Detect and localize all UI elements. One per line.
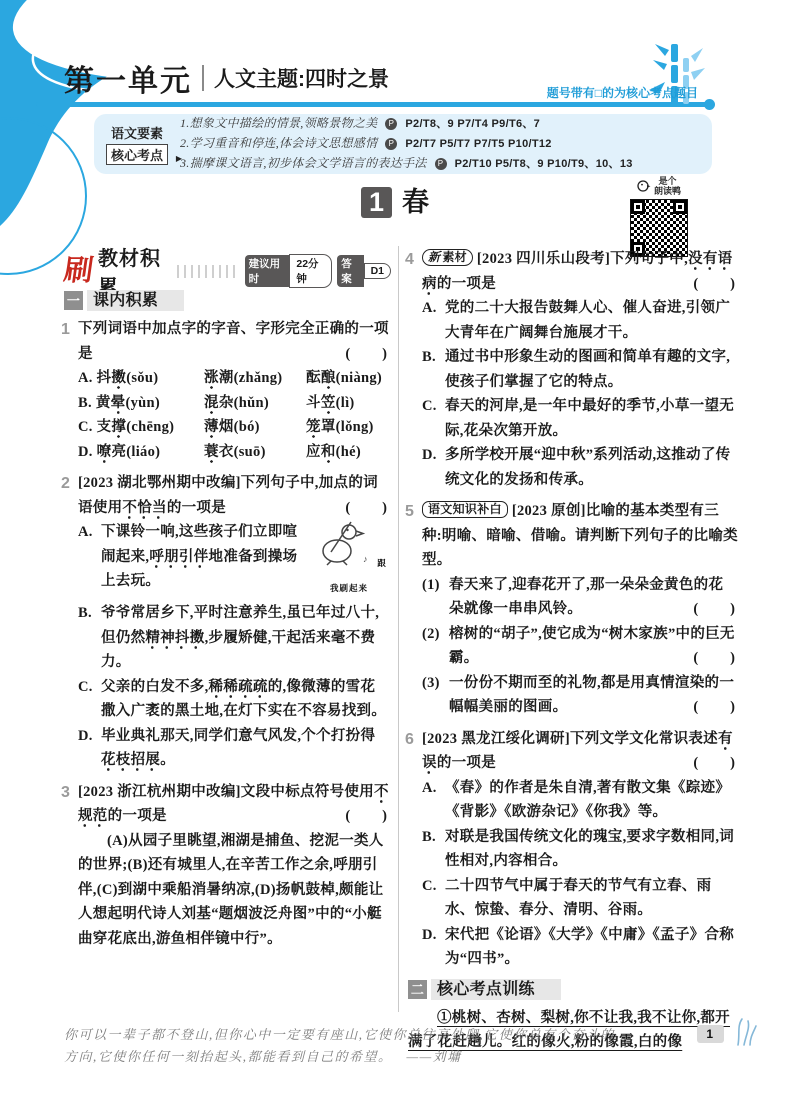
mascot-figure: ♪ 跟我刷起来 [308, 520, 390, 599]
option-label: C. [422, 394, 445, 443]
option-label: D. [422, 923, 445, 972]
answer-value: D1 [364, 263, 391, 279]
sub-item-sentence: 春天来了,迎春花开了,那一朵朵金黄色的花朵就像一串串风铃。 [449, 577, 723, 618]
question-number: 1 [61, 318, 70, 343]
option-label: B. [422, 345, 445, 394]
left-column: 一 课内积累 1 下列词语中加点字的字音、字形完全正确的一项是( ) A. 抖擞… [78, 288, 390, 958]
section-number: 二 [408, 980, 427, 999]
sub-item-text: 榕树的“胡子”,使它成为“树木家族”中的巨无霸。( ) [449, 622, 738, 671]
option-a: A. 《春》的作者是朱自清,著有散文集《踪迹》《背影》《欧游杂记》《你我》等。 [422, 776, 738, 825]
question-5: 5 语文知识补白[2023 原创]比喻的基本类型有三种:明喻、暗喻、借喻。请判断… [422, 499, 738, 720]
answer-bracket: ( ) [345, 804, 388, 829]
qr-caption-line1: 是个 [658, 176, 676, 186]
sub-item-3: (3) 一份份不期而至的礼物,都是用真情渲染的一幅幅美丽的图画。( ) [422, 671, 738, 720]
qr-caption-line2: 朗读鸭 [654, 186, 681, 196]
question-number: 4 [405, 248, 414, 273]
suggested-time-value: 22分钟 [289, 254, 332, 288]
qr-caption-text: 是个 朗读鸭 [654, 176, 681, 196]
page-ref-icon: P [435, 158, 447, 170]
quote-attribution: ——刘墉 [407, 1049, 462, 1064]
option-label: A. [422, 776, 445, 825]
new-material-badge: 新素材 [422, 249, 473, 266]
option-text: 《春》的作者是朱自清,著有散文集《踪迹》《背影》《欧游杂记》《你我》等。 [445, 776, 738, 825]
essentials-label-line2: 核心考点 [106, 144, 168, 165]
answer-bracket: ( ) [693, 597, 736, 622]
header-divider [202, 65, 204, 91]
option-text: 父亲的白发不多,稀稀疏疏的,像微薄的雪花撒入广袤的黑土地,在灯下实在不容易找到。 [101, 675, 390, 724]
qr-caption: 是个 朗读鸭 [615, 176, 703, 196]
section-title: 课内积累 [87, 290, 184, 311]
sub-item-sentence: 一份份不期而至的礼物,都是用真情渲染的一幅幅美丽的图画。 [449, 675, 734, 716]
stem-text: 下列词语中加点字的字音、字形完全正确的一项是 [78, 321, 389, 362]
essentials-item: 1.想象文中描绘的情景,领略景物之美PP2/T8、9 P7/T4 P9/T6、7 [180, 114, 712, 134]
option-cell: 斗笠(lì) [306, 391, 390, 416]
sub-item-sentence: 榕树的“胡子”,使它成为“树木家族”中的巨无霸。 [449, 626, 735, 667]
option-b: B. 爷爷常居乡下,平时注意养生,虽已年过八十,但仍然精神抖擞,步履矫健,干起活… [78, 601, 390, 675]
essentials-item: 2.学习重音和停连,体会诗文思想感情PP2/T7 P5/T7 P7/T5 P10… [180, 134, 712, 154]
qr-block: 是个 朗读鸭 [615, 176, 703, 257]
option-cell: 混杂(hǔn) [204, 391, 306, 416]
option-label: A. [422, 296, 445, 345]
answer-bracket: ( ) [693, 751, 736, 776]
answer-bracket: ( ) [693, 272, 736, 297]
section-number: 一 [64, 291, 83, 310]
column-divider [398, 246, 399, 1012]
question-source: [2023 原创] [512, 503, 586, 519]
footer-quote-line2: 方向,它使你任何一刻抬起头,都能看到自己的希望。 [64, 1049, 393, 1064]
badge-text: 新 [428, 250, 440, 265]
answer-bracket: ( ) [693, 646, 736, 671]
question-stem: [2023 黑龙江绥化调研]下列文学文化常识表述有误的一项是( ) [422, 727, 738, 776]
question-source: [2023 黑龙江绥化调研] [422, 731, 570, 747]
option-text: 党的二十大报告鼓舞人心、催人奋进,引领广大青年在广阔舞台施展才干。 [445, 296, 738, 345]
essentials-items: 1.想象文中描绘的情景,领略景物之美PP2/T8、9 P7/T4 P9/T6、7… [180, 114, 712, 174]
right-column: 4 新素材[2023 四川乐山段考]下列句子中,没有语病的一项是( ) A. 党… [422, 247, 738, 1055]
essentials-item: 3.揣摩课文语言,初步体会文学语言的表达手法PP2/T10 P5/T8、9 P1… [180, 154, 712, 174]
option-cell: 蓑衣(suō) [204, 440, 306, 465]
essentials-item-text: 1.想象文中描绘的情景,领略景物之美 [180, 116, 377, 130]
answer-bracket: ( ) [693, 695, 736, 720]
option-text: 宋代把《论语》《大学》《中庸》《孟子》合称为“四书”。 [445, 923, 738, 972]
section-title: 核心考点训练 [431, 979, 561, 1000]
footer-quote: 你可以一辈子都不登山,但你心中一定要有座山,它使你总往高处爬,它使你总有个奋斗的… [64, 1024, 730, 1068]
essentials-label: 语文要素 核心考点 ▶ [94, 123, 180, 165]
question-number: 2 [61, 472, 70, 497]
question-number: 6 [405, 728, 414, 753]
question-stem: [2023 湖北鄂州期中改编]下列句子中,加点的词语使用不恰当的一项是( ) [78, 471, 390, 520]
sub-item-label: (2) [422, 622, 449, 671]
option-b: B. 通过书中形象生动的图画和简单有趣的文字,使孩子们掌握了它的特点。 [422, 345, 738, 394]
option-a: A. 党的二十大报告鼓舞人心、催人奋进,引领广大青年在广阔舞台施展才干。 [422, 296, 738, 345]
option-cell: B. 黄晕(yùn) [78, 391, 204, 416]
option-cell: 应和(hé) [306, 440, 390, 465]
option-label: D. [78, 724, 101, 773]
essentials-box: 语文要素 核心考点 ▶ 1.想象文中描绘的情景,领略景物之美PP2/T8、9 P… [94, 114, 712, 174]
option-cell: D. 嘹亮(liáo) [78, 440, 204, 465]
page-header: 第一单元 人文主题:四时之景 [64, 56, 389, 100]
answer-badge: 答案 [337, 255, 363, 287]
sub-item-label: (3) [422, 671, 449, 720]
question-stem: [2023 浙江杭州期中改编]文段中标点符号使用不规范的一项是( ) [78, 780, 390, 829]
option-d: D. 宋代把《论语》《大学》《中庸》《孟子》合称为“四书”。 [422, 923, 738, 972]
sub-item-text: 春天来了,迎春花开了,那一朵朵金黄色的花朵就像一串串风铃。( ) [449, 573, 738, 622]
sub-item-1: (1) 春天来了,迎春花开了,那一朵朵金黄色的花朵就像一串串风铃。( ) [422, 573, 738, 622]
core-point-note: 题号带有□的为核心考点题目 [547, 84, 698, 101]
option-a: A. ♪ 跟我刷起来 [78, 520, 390, 601]
grass-icon [734, 1016, 758, 1046]
option-row: A. 抖擞(sǒu) 涨潮(zhǎng) 酝酿(niàng) [78, 366, 390, 391]
question-source: [2023 四川乐山段考] [477, 251, 610, 267]
option-text: 春天的河岸,是一年中最好的季节,小草一望无际,花朵次第开放。 [445, 394, 738, 443]
question-4: 4 新素材[2023 四川乐山段考]下列句子中,没有语病的一项是( ) A. 党… [422, 247, 738, 492]
option-cell: 薄烟(bó) [204, 415, 306, 440]
section-heading-2: 二 核心考点训练 [408, 979, 738, 1000]
essentials-item-text: 2.学习重音和停连,体会诗文思想感情 [180, 136, 377, 150]
question-6: 6 [2023 黑龙江绥化调研]下列文学文化常识表述有误的一项是( ) A. 《… [422, 727, 738, 972]
question-source: [2023 湖北鄂州期中改编] [78, 475, 241, 491]
question-stem: 语文知识补白[2023 原创]比喻的基本类型有三种:明喻、暗喻、借喻。请判断下列… [422, 499, 738, 573]
option-text: 多所学校开展“迎中秋”系列活动,这推动了传统文化的发扬和传承。 [445, 443, 738, 492]
question-stem: 下列词语中加点字的字音、字形完全正确的一项是( ) [78, 317, 390, 366]
sub-item-text: 一份份不期而至的礼物,都是用真情渲染的一幅幅美丽的图画。( ) [449, 671, 738, 720]
section-heading-1: 一 课内积累 [64, 290, 390, 311]
duck-icon [637, 180, 651, 193]
option-cell: A. 抖擞(sǒu) [78, 366, 204, 391]
essentials-item-refs: P2/T7 P5/T7 P7/T5 P10/T12 [405, 138, 551, 150]
option-c: C. 春天的河岸,是一年中最好的季节,小草一望无际,花朵次第开放。 [422, 394, 738, 443]
svg-text:♪: ♪ [363, 554, 368, 564]
option-d: D. 多所学校开展“迎中秋”系列活动,这推动了传统文化的发扬和传承。 [422, 443, 738, 492]
qr-finder-pattern [631, 200, 645, 214]
question-3: 3 [2023 浙江杭州期中改编]文段中标点符号使用不规范的一项是( ) (A)… [78, 780, 390, 952]
option-text: 爷爷常居乡下,平时注意养生,虽已年过八十,但仍然精神抖擞,步履矫健,干起活来毫不… [101, 601, 390, 675]
answer-bracket: ( ) [345, 342, 388, 367]
option-label: C. [78, 675, 101, 724]
question-2: 2 [2023 湖北鄂州期中改编]下列句子中,加点的词语使用不恰当的一项是( )… [78, 471, 390, 773]
question-number: 5 [405, 500, 414, 525]
essentials-item-text: 3.揣摩课文语言,初步体会文学语言的表达手法 [180, 156, 427, 170]
question-stem: 新素材[2023 四川乐山段考]下列句子中,没有语病的一项是( ) [422, 247, 738, 296]
essentials-item-refs: P2/T10 P5/T8、9 P10/T9、10、13 [455, 158, 633, 170]
option-cell: 涨潮(zhǎng) [204, 366, 306, 391]
option-label: D. [422, 443, 445, 492]
question-source: [2023 浙江杭州期中改编] [78, 784, 241, 800]
unit-title: 第一单元 [64, 56, 192, 100]
qr-finder-pattern [673, 200, 687, 214]
option-label: C. [422, 874, 445, 923]
suggested-time-badge: 建议用时 [245, 255, 290, 287]
option-label: B. [78, 601, 101, 675]
essentials-label-line1: 语文要素 [94, 123, 180, 142]
question-1: 1 下列词语中加点字的字音、字形完全正确的一项是( ) A. 抖擞(sǒu) 涨… [78, 317, 390, 464]
option-text: 通过书中形象生动的图画和简单有趣的文字,使孩子们掌握了它的特点。 [445, 345, 738, 394]
option-b: B. 对联是我国传统文化的瑰宝,要求字数相同,词性相对,内容相合。 [422, 825, 738, 874]
option-text: 对联是我国传统文化的瑰宝,要求字数相同,词性相对,内容相合。 [445, 825, 738, 874]
page-number-badge: 1 [697, 1025, 724, 1043]
mascot-duck-icon: ♪ [311, 520, 373, 566]
sub-item-label: (1) [422, 573, 449, 622]
question-number: 3 [61, 781, 70, 806]
option-text: 毕业典礼那天,同学们意气风发,个个打扮得花枝招展。 [101, 724, 390, 773]
option-row: D. 嘹亮(liáo) 蓑衣(suō) 应和(hé) [78, 440, 390, 465]
option-text: 二十四节气中属于春天的节气有立春、雨水、惊蛰、春分、清明、谷雨。 [445, 874, 738, 923]
option-label: A. [78, 520, 101, 601]
option-text: ♪ 跟我刷起来 下课铃一响,这些孩子们立即喧闹起来,呼朋引伴地准备到操场上去玩。 [101, 520, 390, 601]
option-segments: 下课铃一响,这些孩子们立即喧闹起来,呼朋引伴地准备到操场上去玩。 [101, 524, 297, 589]
page-ref-icon: P [385, 138, 397, 150]
knowledge-badge: 语文知识补白 [422, 501, 508, 518]
option-row: C. 支撑(chēng) 薄烟(bó) 笼罩(lǒng) [78, 415, 390, 440]
question-passage: (A)从园子里眺望,湘湖是捕鱼、挖泥一类人的世界;(B)还有城里人,在辛苦工作之… [78, 829, 390, 952]
answer-bracket: ( ) [345, 496, 388, 521]
option-cell: 笼罩(lǒng) [306, 415, 390, 440]
lesson-title: 春 [402, 187, 429, 217]
essentials-item-refs: P2/T8、9 P7/T4 P9/T6、7 [405, 118, 540, 130]
header-rule [36, 102, 708, 107]
arrow-right-icon: ▶ [176, 154, 182, 163]
badge-text: 素材 [442, 250, 467, 265]
option-label: B. [422, 825, 445, 874]
option-c: C. 父亲的白发不多,稀稀疏疏的,像微薄的雪花撒入广袤的黑土地,在灯下实在不容易… [78, 675, 390, 724]
brand-logo: 刷 [62, 256, 95, 286]
option-d: D. 毕业典礼那天,同学们意气风发,个个打扮得花枝招展。 [78, 724, 390, 773]
lesson-number: 1 [361, 187, 392, 218]
option-cell: 酝酿(niàng) [306, 366, 390, 391]
unit-theme: 人文主题:四时之景 [214, 63, 389, 93]
option-cell: C. 支撑(chēng) [78, 415, 204, 440]
option-row: B. 黄晕(yùn) 混杂(hǔn) 斗笠(lì) [78, 391, 390, 416]
stripe-decoration [177, 265, 238, 278]
sub-item-2: (2) 榕树的“胡子”,使它成为“树木家族”中的巨无霸。( ) [422, 622, 738, 671]
bamboo-icon [645, 42, 711, 114]
footer-quote-line1: 你可以一辈子都不登山,但你心中一定要有座山,它使你总往高处爬,它使你总有个奋斗的 [64, 1024, 730, 1046]
page-ref-icon: P [385, 118, 397, 130]
option-c: C. 二十四节气中属于春天的节气有立春、雨水、惊蛰、春分、清明、谷雨。 [422, 874, 738, 923]
